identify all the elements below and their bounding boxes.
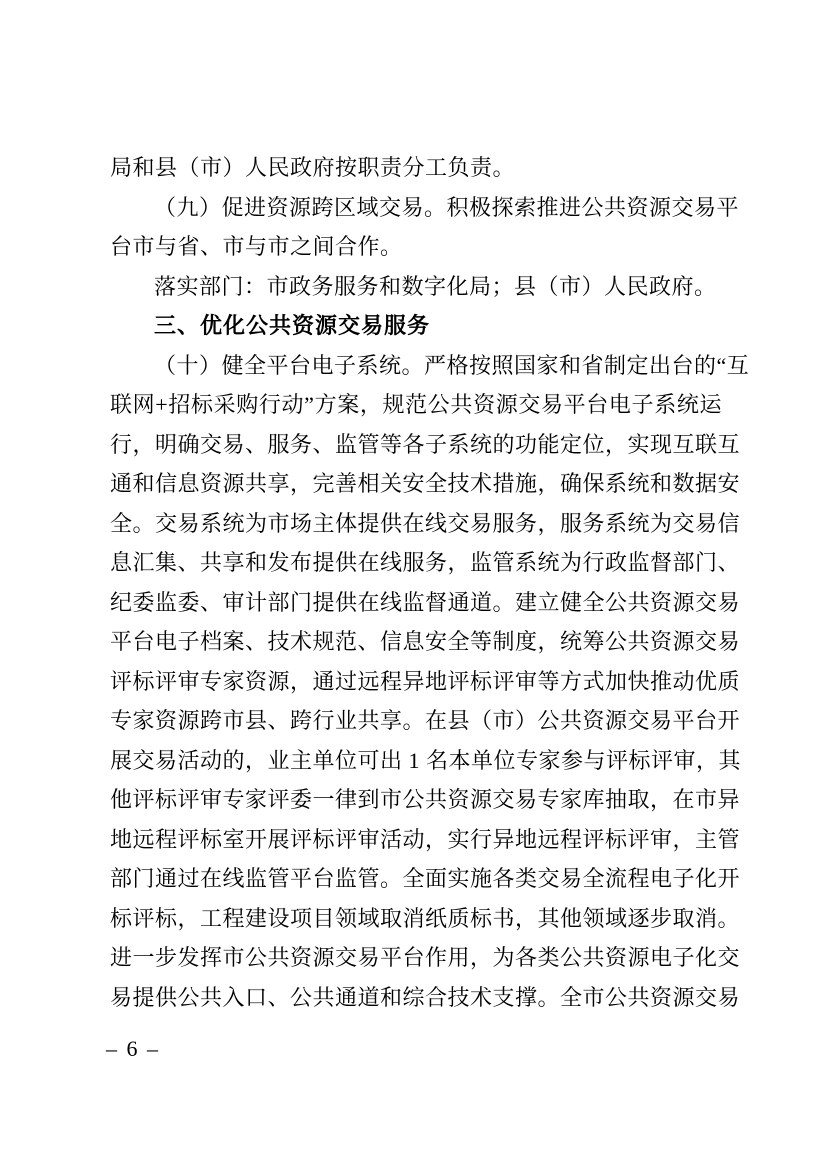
text-line: 通和信息资源共享，完善相关安全技术措施，确保系统和数据安 bbox=[110, 464, 722, 504]
text-line: 专家资源跨市县、跨行业共享。在县（市）公共资源交易平台开 bbox=[110, 701, 722, 741]
text-line: 进一步发挥市公共资源交易平台作用，为各类公共资源电子化交 bbox=[110, 938, 722, 978]
text-line: （十）健全平台电子系统。严格按照国家和省制定出台的“互 bbox=[110, 346, 722, 386]
text-line: 全。交易系统为市场主体提供在线交易服务，服务系统为交易信 bbox=[110, 504, 722, 544]
text-block: 局和县（市）人民政府按职责分工负责。（九）促进资源跨区域交易。积极探索推进公共资… bbox=[110, 148, 722, 1017]
text-line: 息汇集、共享和发布提供在线服务，监管系统为行政监督部门、 bbox=[110, 543, 722, 583]
text-line: 平台电子档案、技术规范、信息安全等制度，统筹公共资源交易 bbox=[110, 622, 722, 662]
text-line: 标评标，工程建设项目领域取消纸质标书，其他领域逐步取消。 bbox=[110, 899, 722, 939]
text-line: 展交易活动的，业主单位可出 1 名本单位专家参与评标评审，其 bbox=[110, 741, 722, 781]
text-line: 纪委监委、审计部门提供在线监督通道。建立健全公共资源交易 bbox=[110, 583, 722, 623]
text-line: 落实部门：市政务服务和数字化局；县（市）人民政府。 bbox=[110, 267, 722, 307]
document-page: 局和县（市）人民政府按职责分工负责。（九）促进资源跨区域交易。积极探索推进公共资… bbox=[0, 0, 827, 1170]
text-line: （九）促进资源跨区域交易。积极探索推进公共资源交易平 bbox=[110, 188, 722, 228]
section-heading: 三、优化公共资源交易服务 bbox=[110, 306, 722, 346]
text-line: 评标评审专家资源，通过远程异地评标评审等方式加快推动优质 bbox=[110, 662, 722, 702]
text-line: 局和县（市）人民政府按职责分工负责。 bbox=[110, 148, 722, 188]
text-line: 联网+招标采购行动”方案，规范公共资源交易平台电子系统运 bbox=[110, 385, 722, 425]
text-line: 台市与省、市与市之间合作。 bbox=[110, 227, 722, 267]
text-line: 他评标评审专家评委一律到市公共资源交易专家库抽取，在市异 bbox=[110, 780, 722, 820]
text-line: 行，明确交易、服务、监管等各子系统的功能定位，实现互联互 bbox=[110, 425, 722, 465]
text-line: 地远程评标室开展评标评审活动，实行异地远程评标评审，主管 bbox=[110, 820, 722, 860]
text-line: 易提供公共入口、公共通道和综合技术支撑。全市公共资源交易 bbox=[110, 978, 722, 1018]
page-number: – 6 – bbox=[106, 1036, 160, 1062]
text-line: 部门通过在线监管平台监管。全面实施各类交易全流程电子化开 bbox=[110, 859, 722, 899]
